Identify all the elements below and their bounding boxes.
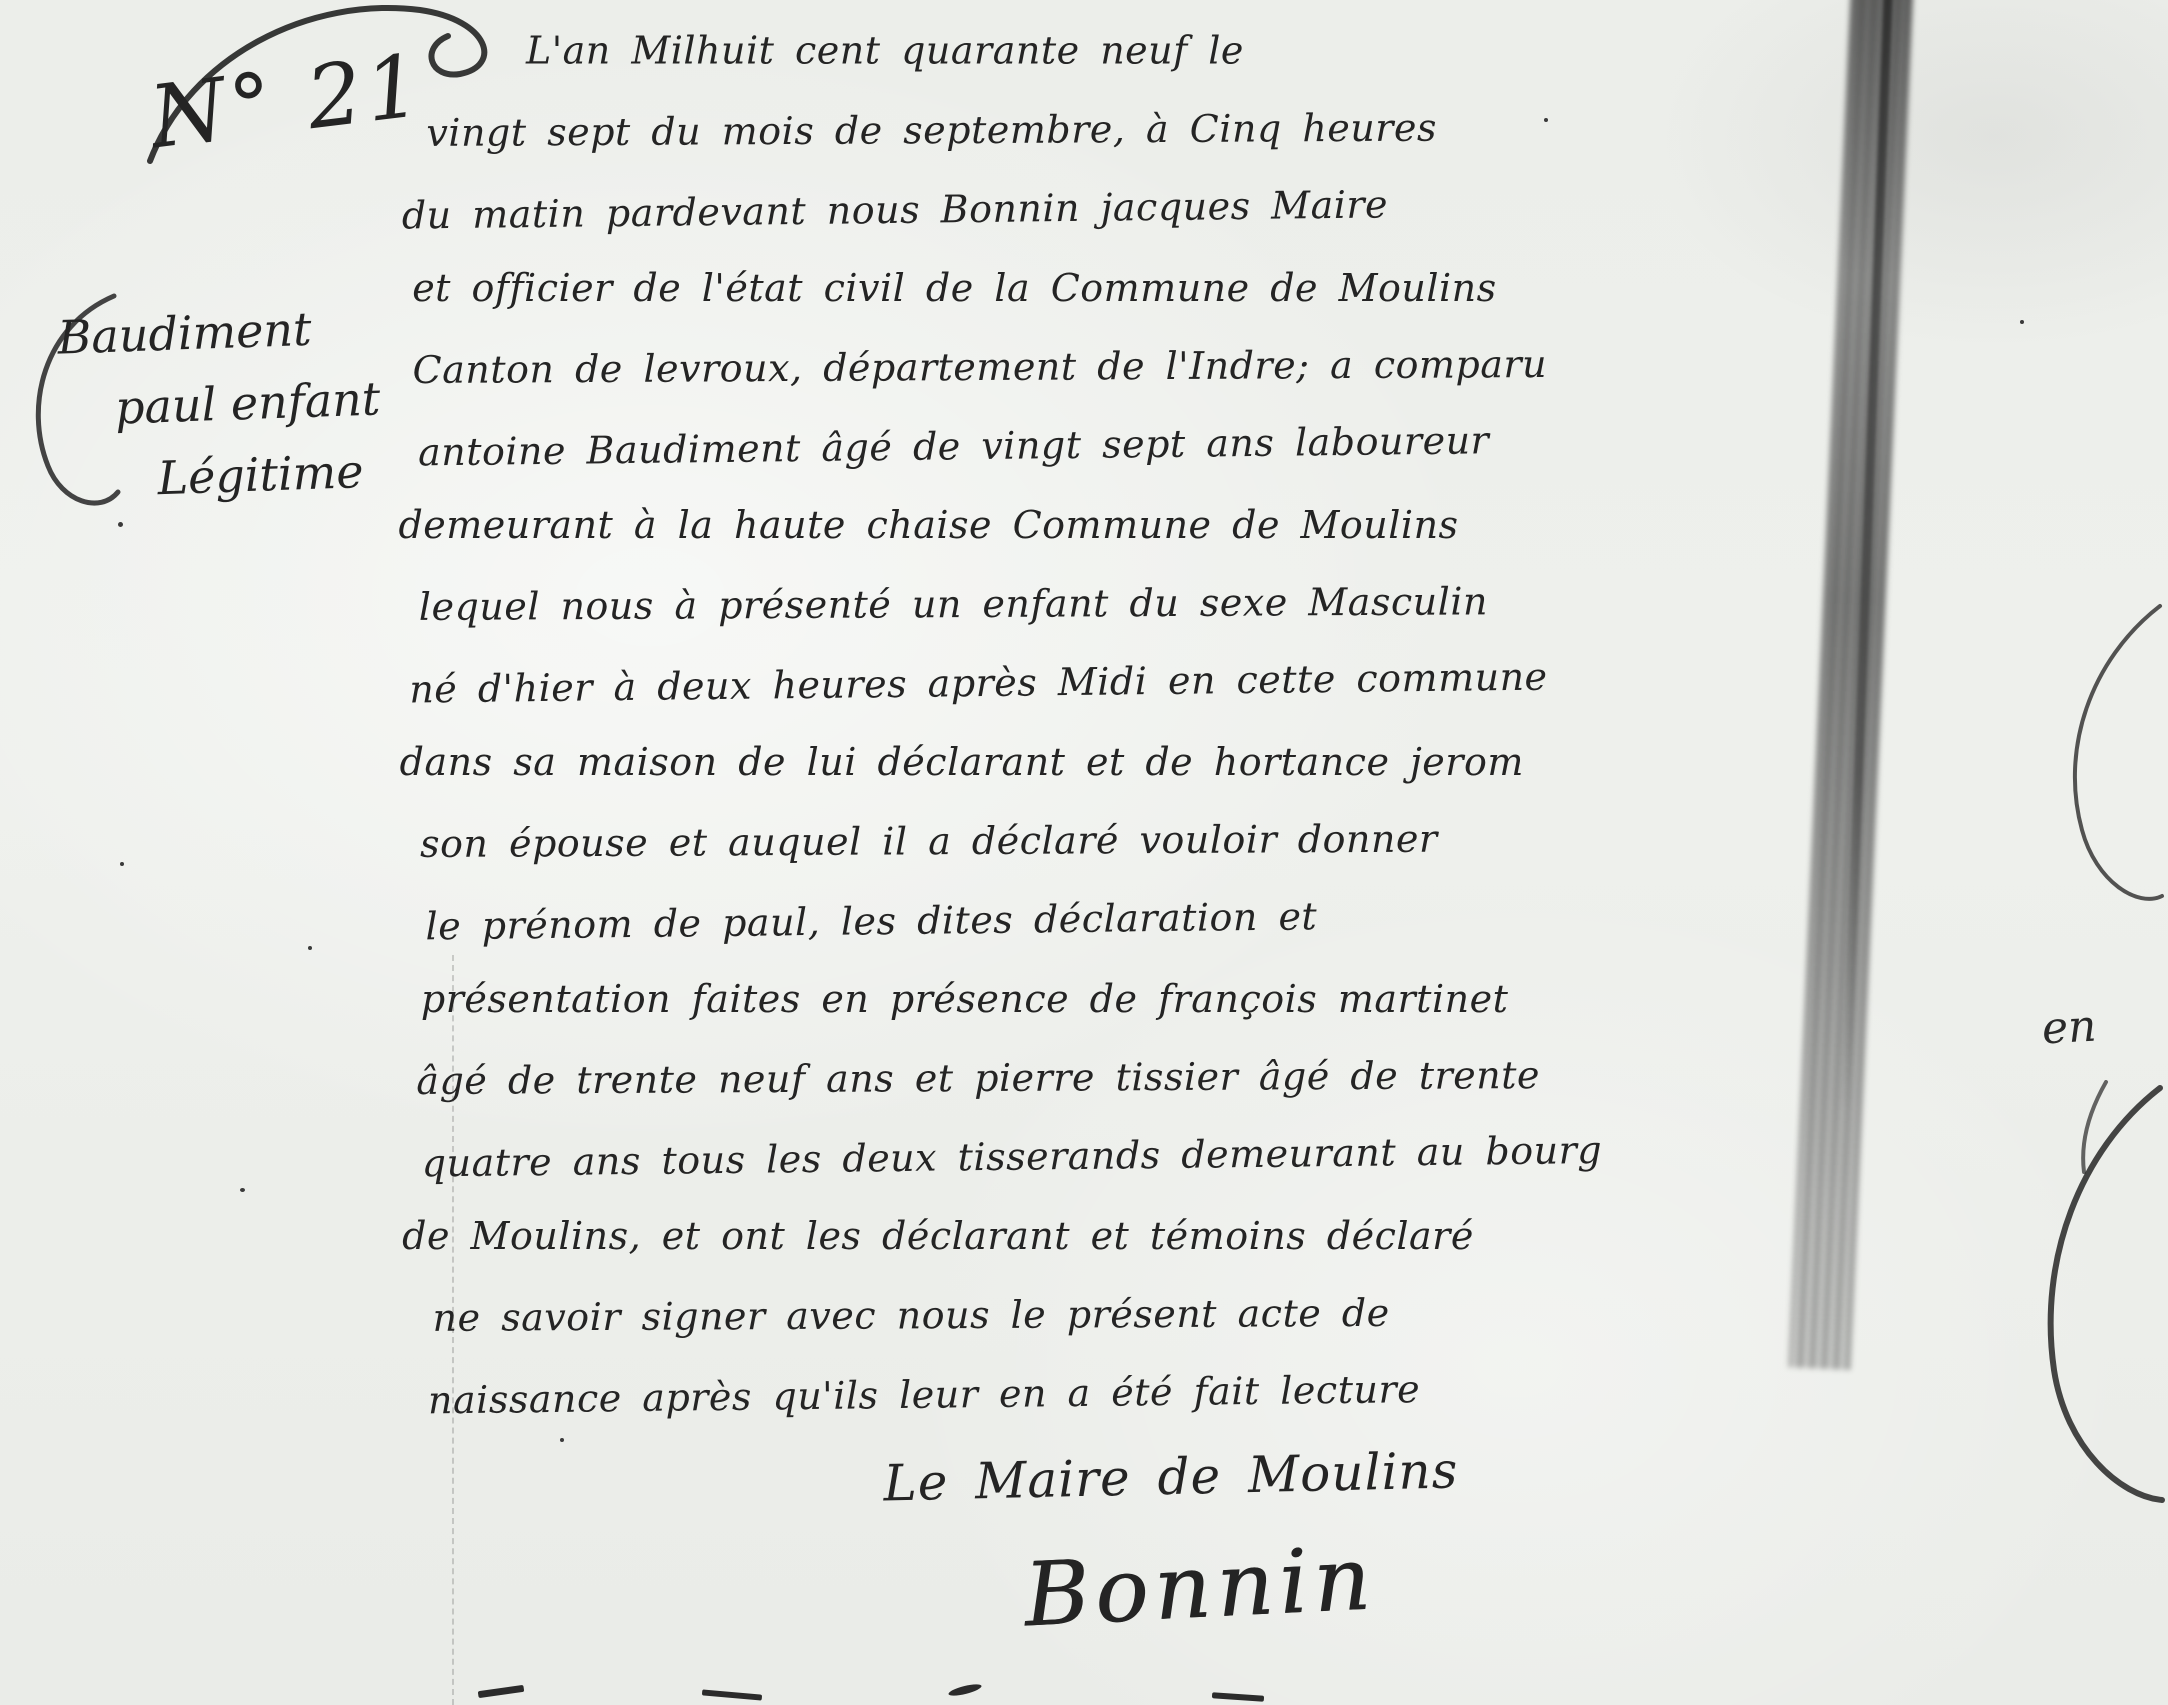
body-line: quatre ans tous les deux tisserands deme… xyxy=(421,1111,1562,1203)
mayor-signature: Bonnin xyxy=(1022,1517,1566,1646)
body-line: du matin pardevant nous Bonnin jacques M… xyxy=(401,163,1557,255)
margin-legitimacy: Légitime xyxy=(156,434,384,514)
body-line: Canton de levroux, département de l'Indr… xyxy=(412,325,1557,410)
body-line: de Moulins, et ont les déclarant et témo… xyxy=(402,1197,1562,1276)
body-line: dans sa maison de lui déclarant et de ho… xyxy=(400,723,1560,802)
margin-surname: Baudiment xyxy=(56,290,379,373)
body-line: antoine Baudiment âgé de vingt sept ans … xyxy=(418,400,1559,492)
scan-speck xyxy=(2020,320,2024,324)
body-line: né d'hier à deux heures après Midi en ce… xyxy=(409,637,1560,729)
register-rule-line xyxy=(452,955,454,1705)
scan-speck xyxy=(308,946,312,950)
closing-line: Le Maire de Moulins xyxy=(883,1439,1564,1512)
body-line: présentation faites en présence de franç… xyxy=(421,960,1561,1039)
body-line: naissance après qu'ils leur en a été fai… xyxy=(428,1348,1564,1440)
scan-speck xyxy=(120,862,124,866)
body-line: et officier de l'état civil de la Commun… xyxy=(412,249,1557,328)
body-line: âgé de trente neuf ans et pierre tissier… xyxy=(416,1036,1561,1121)
scan-speck xyxy=(560,1438,564,1442)
body-line: L'an Milhuit cent quarante neuf le xyxy=(526,12,1556,91)
scan-speck xyxy=(1544,118,1548,122)
body-line: demeurant à la haute chaise Commune de M… xyxy=(398,486,1558,565)
right-page-text-fragment: en xyxy=(2041,1001,2098,1055)
scan-speck xyxy=(240,1188,245,1192)
act-text-column: L'an Milhuit cent quarante neuf le vingt… xyxy=(396,9,1564,1638)
margin-child-name: paul enfant xyxy=(114,362,382,443)
scan-speck xyxy=(118,522,123,527)
body-line: lequel nous à présenté un enfant du sexe… xyxy=(419,562,1559,647)
body-line: son épouse et auquel il a déclaré vouloi… xyxy=(420,799,1560,884)
body-line: vingt sept du mois de septembre, à Cinq … xyxy=(426,88,1556,173)
margin-entry-title: Baudiment paul enfant Légitime xyxy=(56,290,384,517)
body-line: le prénom de paul, les dites déclaration… xyxy=(425,874,1561,966)
body-line: ne savoir signer avec nous le présent ac… xyxy=(432,1273,1562,1358)
